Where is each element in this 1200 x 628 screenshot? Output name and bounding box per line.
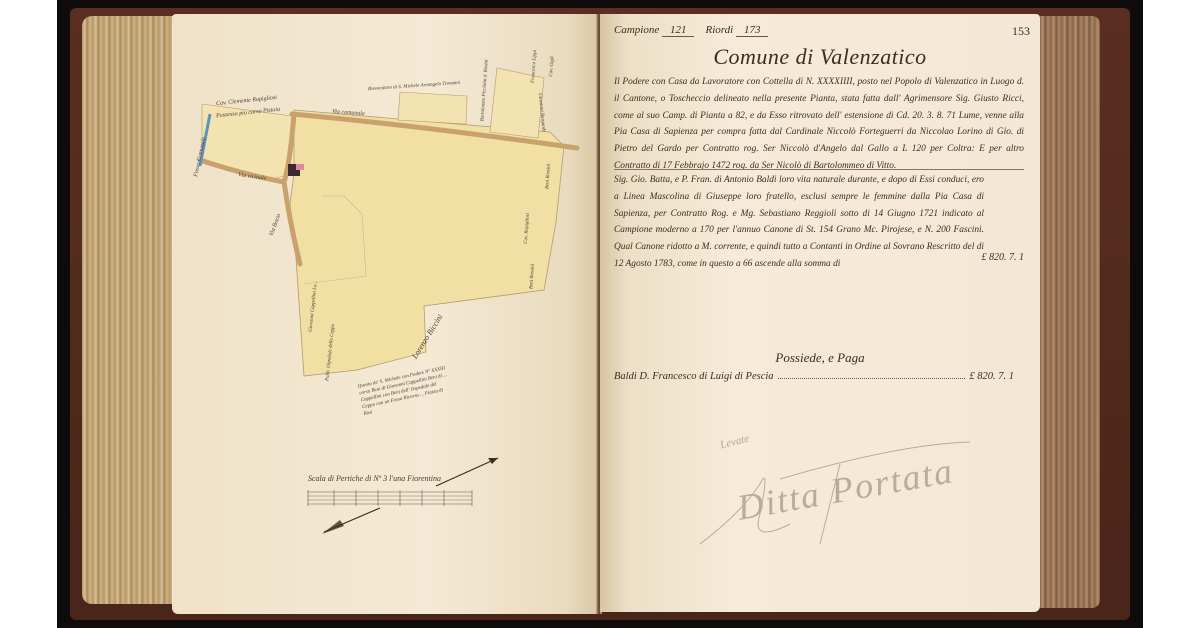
page-title: Comune di Valenzatico — [600, 44, 1040, 70]
left-page-map: Cav. Clemente Ropigliosi Possesso pio co… — [172, 14, 600, 614]
riordi-label: Riordi — [705, 24, 733, 36]
owner-entry: Baldi D. Francesco di Luigi di Pescia £ … — [614, 370, 1014, 382]
divider — [614, 169, 1024, 170]
paragraph-1-text: Il Podere con Casa da Lavoratore con Cot… — [614, 74, 1024, 175]
pencil-annotation: Levate Ditta Portata — [700, 424, 980, 554]
owner-name: Baldi D. Francesco di Luigi di Pescia — [614, 371, 774, 382]
page-number: 153 — [1012, 24, 1030, 39]
paragraph-2-amount: £ 820. 7. 1 — [982, 252, 1025, 263]
dotted-leader — [778, 370, 966, 379]
subheading: Possiede, e Paga — [600, 350, 1040, 366]
paragraph-2-text: Sig. Gio. Batta, e P. Fran. di Antonio B… — [614, 172, 984, 273]
right-page-register-entry: Campione 121 Riordi 173 153 Comune di Va… — [600, 14, 1040, 612]
page-edges-right — [1040, 16, 1100, 608]
entry-paragraph-1: Il Podere con Casa da Lavoratore con Cot… — [614, 74, 1024, 175]
entry-paragraph-2: Sig. Gio. Batta, e P. Fran. di Antonio B… — [614, 172, 984, 273]
north-parcel-small — [398, 92, 467, 124]
riordi-value: 173 — [736, 24, 769, 37]
campione-value: 121 — [662, 24, 695, 37]
page-header: Campione 121 Riordi 173 — [614, 24, 768, 36]
scale-bar — [308, 490, 472, 506]
scale-caption: Scala di Pertiche di Nº 3 l'una Fiorenti… — [308, 474, 441, 483]
owner-amount: £ 820. 7. 1 — [969, 371, 1014, 382]
campione-label: Campione — [614, 24, 659, 36]
page-edges-left — [82, 16, 177, 604]
